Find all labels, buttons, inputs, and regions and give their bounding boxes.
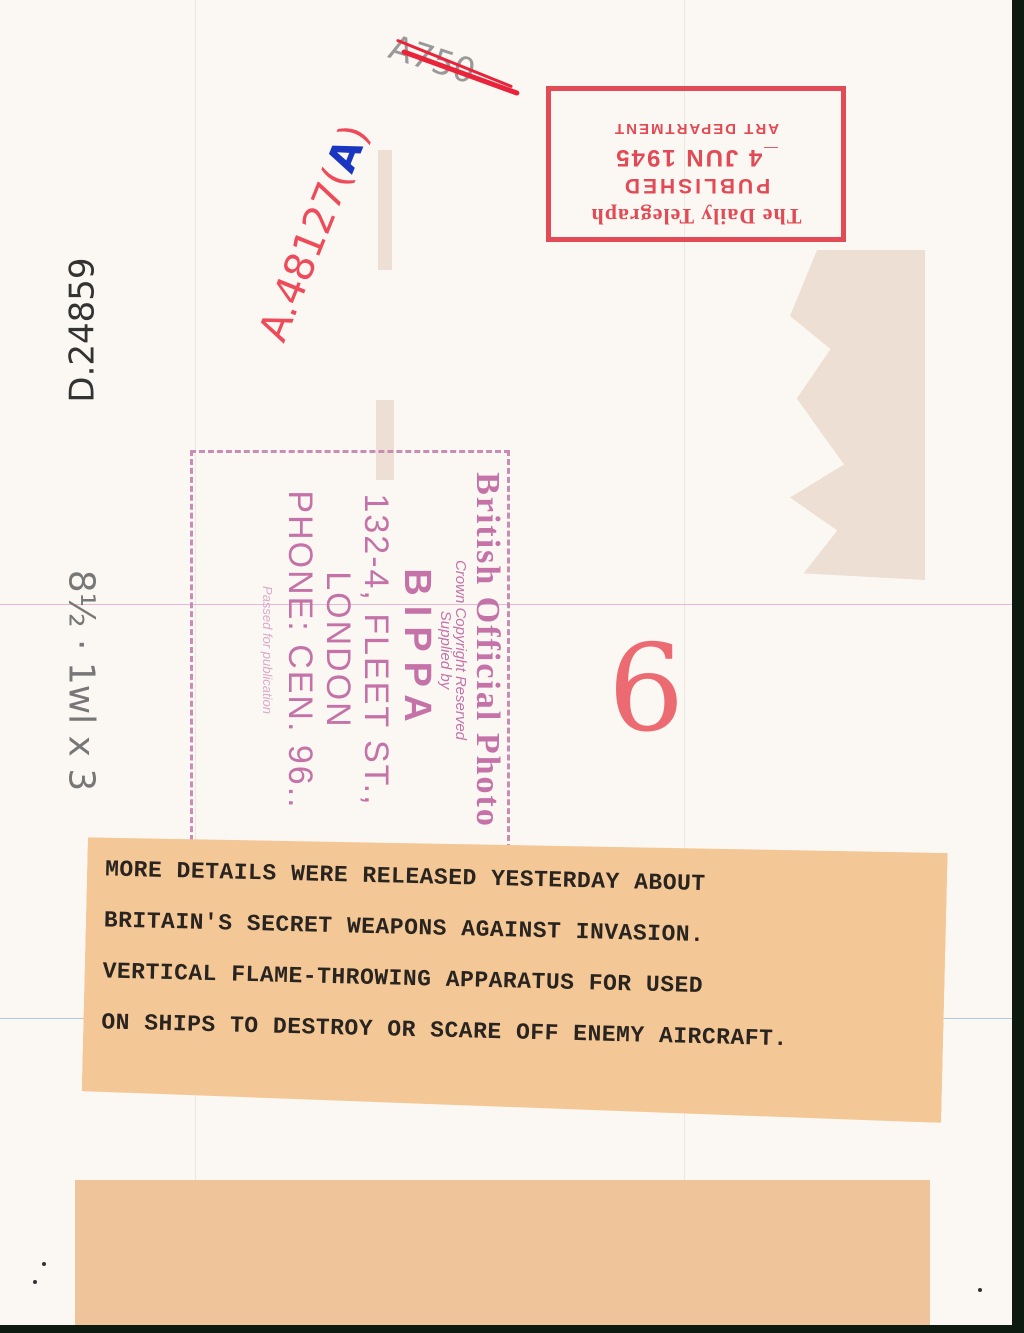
pin-hole	[33, 1280, 37, 1284]
pin-hole	[978, 1288, 982, 1292]
reference-number-handwritten: A.48127(A)	[250, 118, 378, 347]
stamp-date: _4 JUN 1945	[551, 143, 841, 171]
stamp-agency: BIPPA	[395, 450, 438, 850]
pencil-size-note: 8½ · 1wl x 3	[60, 570, 101, 792]
stamp-passed: Passed for publication	[260, 450, 275, 850]
stamp-published-label: PUBLISHED	[551, 173, 841, 197]
stamp-department: ART DEPARTMENT	[551, 120, 841, 137]
archive-number-handwritten: D.24859	[63, 257, 103, 402]
red-numeral-handwritten: 6	[608, 620, 684, 759]
stamp-phone: PHONE: CEN. 96..	[281, 450, 319, 850]
stamp-address: 132-4, FLEET ST., LONDON	[319, 450, 395, 850]
typed-caption-slip: MORE DETAILS WERE RELEASED YESTERDAY ABO…	[81, 832, 947, 1123]
tape-residue	[378, 150, 392, 270]
blank-paper-slip	[75, 1180, 930, 1325]
photo-back-sheet: The Daily Telegraph PUBLISHED _4 JUN 194…	[0, 0, 1012, 1325]
daily-telegraph-published-stamp: The Daily Telegraph PUBLISHED _4 JUN 194…	[546, 86, 846, 242]
stamp-copyright: Crown Copyright Reserved	[453, 450, 468, 850]
bippa-copyright-stamp: British Official Photo Crown Copyright R…	[190, 450, 510, 850]
stamp-title: British Official Photo	[468, 450, 506, 850]
red-reference: A.48127(	[250, 161, 361, 347]
pin-hole	[42, 1262, 46, 1266]
stamp-supplied-by: Supplied by	[438, 450, 453, 850]
paper-residue	[790, 250, 925, 580]
stamp-newspaper-name: The Daily Telegraph	[551, 203, 841, 229]
